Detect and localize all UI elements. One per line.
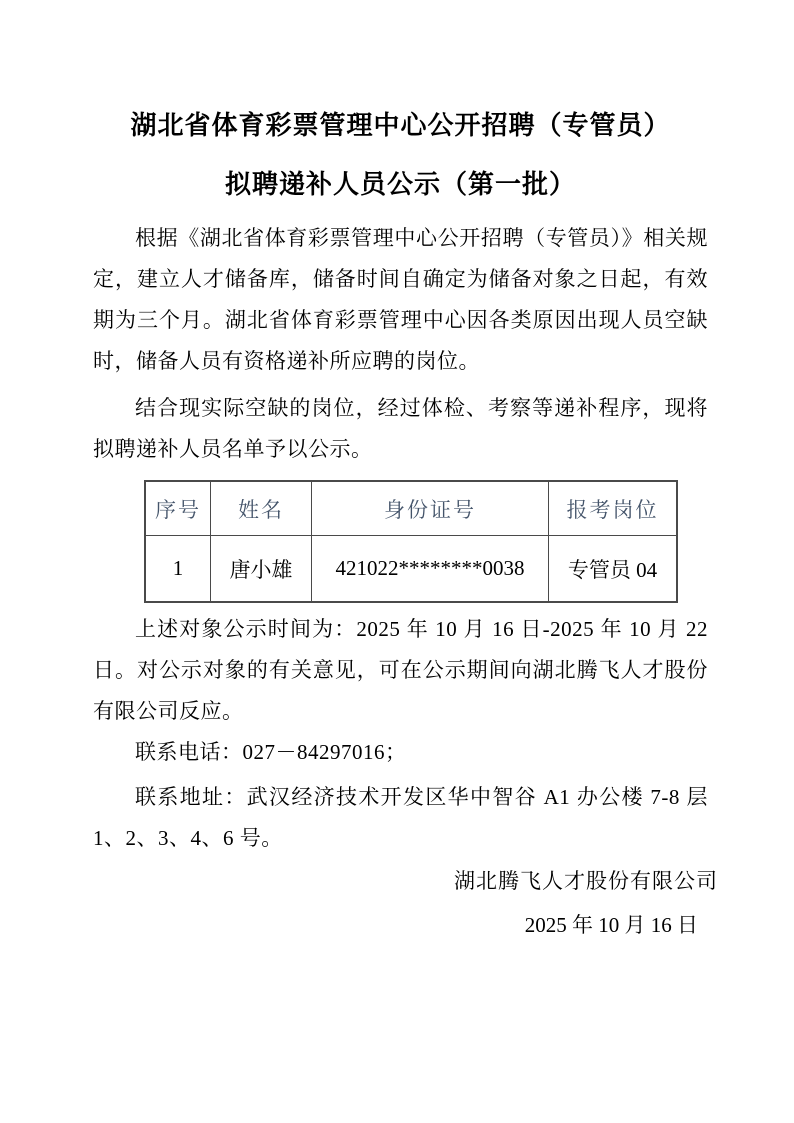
title-line-1: 湖北省体育彩票管理中心公开招聘（专管员）	[93, 96, 708, 155]
table-header-row: 序号 姓名 身份证号 报考岗位	[145, 481, 677, 536]
paragraph-replacement-procedure: 结合现实际空缺的岗位，经过体检、考察等递补程序，现将拟聘递补人员名单予以公示。	[93, 388, 708, 470]
cell-position: 专管员 04	[549, 536, 678, 603]
document-title: 湖北省体育彩票管理中心公开招聘（专管员） 拟聘递补人员公示（第一批）	[93, 96, 708, 214]
title-line-2: 拟聘递补人员公示（第一批）	[93, 155, 708, 214]
table-header-name: 姓名	[211, 481, 312, 536]
table-header-index: 序号	[145, 481, 211, 536]
signature-company-name: 湖北腾飞人才股份有限公司	[93, 861, 718, 902]
table-row: 1 唐小雄 421022********0038 专管员 04	[145, 536, 677, 603]
contact-address-line: 联系地址：武汉经济技术开发区华中智谷 A1 办公楼 7-8 层 1、2、3、4、…	[93, 777, 708, 859]
signature-date: 2025 年 10 月 16 日	[93, 905, 698, 946]
cell-id-number: 421022********0038	[312, 536, 549, 603]
table-header-id-number: 身份证号	[312, 481, 549, 536]
paragraph-publicity-period: 上述对象公示时间为：2025 年 10 月 16 日-2025 年 10 月 2…	[93, 609, 708, 732]
paragraph-reserve-rules: 根据《湖北省体育彩票管理中心公开招聘（专管员）》相关规定，建立人才储备库，储备时…	[93, 218, 708, 382]
cell-name: 唐小雄	[211, 536, 312, 603]
signature-block: 湖北腾飞人才股份有限公司 2025 年 10 月 16 日	[93, 861, 708, 946]
document-content: 湖北省体育彩票管理中心公开招聘（专管员） 拟聘递补人员公示（第一批） 根据《湖北…	[93, 96, 708, 946]
cell-index: 1	[145, 536, 211, 603]
candidate-roster-table: 序号 姓名 身份证号 报考岗位 1 唐小雄 421022********0038…	[144, 480, 678, 603]
document-page: 湖北省体育彩票管理中心公开招聘（专管员） 拟聘递补人员公示（第一批） 根据《湖北…	[0, 0, 794, 1123]
table-header-position: 报考岗位	[549, 481, 678, 536]
contact-phone-line: 联系电话：027－84297016；	[93, 732, 708, 773]
